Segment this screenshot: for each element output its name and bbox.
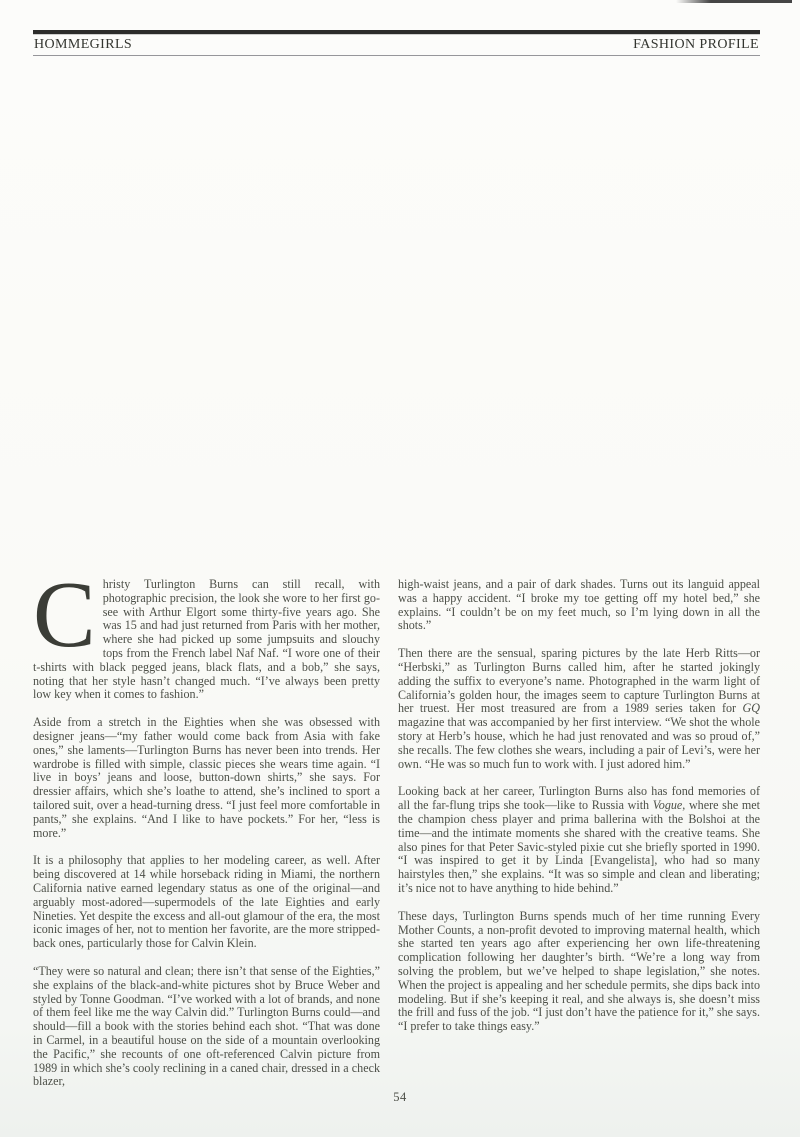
paragraph-text: magazine that was accompanied by her fir… (398, 715, 760, 770)
article-column-left: Christy Turlington Burns can still recal… (33, 578, 380, 1089)
magazine-page: HOMMEGIRLS FASHION PROFILE Christy Turli… (0, 0, 800, 1137)
magazine-name-italic: GQ (743, 701, 760, 715)
article-column-right: high-waist jeans, and a pair of dark sha… (398, 578, 760, 1034)
paragraph: Aside from a stretch in the Eighties whe… (33, 716, 380, 840)
paragraph: high-waist jeans, and a pair of dark sha… (398, 578, 760, 633)
magazine-title: HOMMEGIRLS (34, 37, 132, 53)
paragraph-text: Then there are the sensual, sparing pict… (398, 646, 760, 715)
masthead: HOMMEGIRLS FASHION PROFILE (33, 30, 760, 56)
paragraph: Looking back at her career, Turlington B… (398, 785, 760, 895)
paragraph: “They were so natural and clean; there i… (33, 965, 380, 1089)
masthead-row: HOMMEGIRLS FASHION PROFILE (33, 34, 760, 55)
masthead-rule-thin (33, 55, 760, 56)
paragraph-text: , where she met the champion chess playe… (398, 798, 760, 895)
scan-edge-artifact (676, 0, 792, 3)
magazine-name-italic: Vogue (653, 798, 683, 812)
paragraph: It is a philosophy that applies to her m… (33, 854, 380, 951)
section-label: FASHION PROFILE (633, 37, 759, 53)
paragraph-lead: Christy Turlington Burns can still recal… (33, 578, 380, 702)
paragraph: Then there are the sensual, sparing pict… (398, 647, 760, 771)
paragraph: These days, Turlington Burns spends much… (398, 910, 760, 1034)
page-number: 54 (0, 1090, 800, 1105)
drop-cap: C (33, 578, 103, 651)
